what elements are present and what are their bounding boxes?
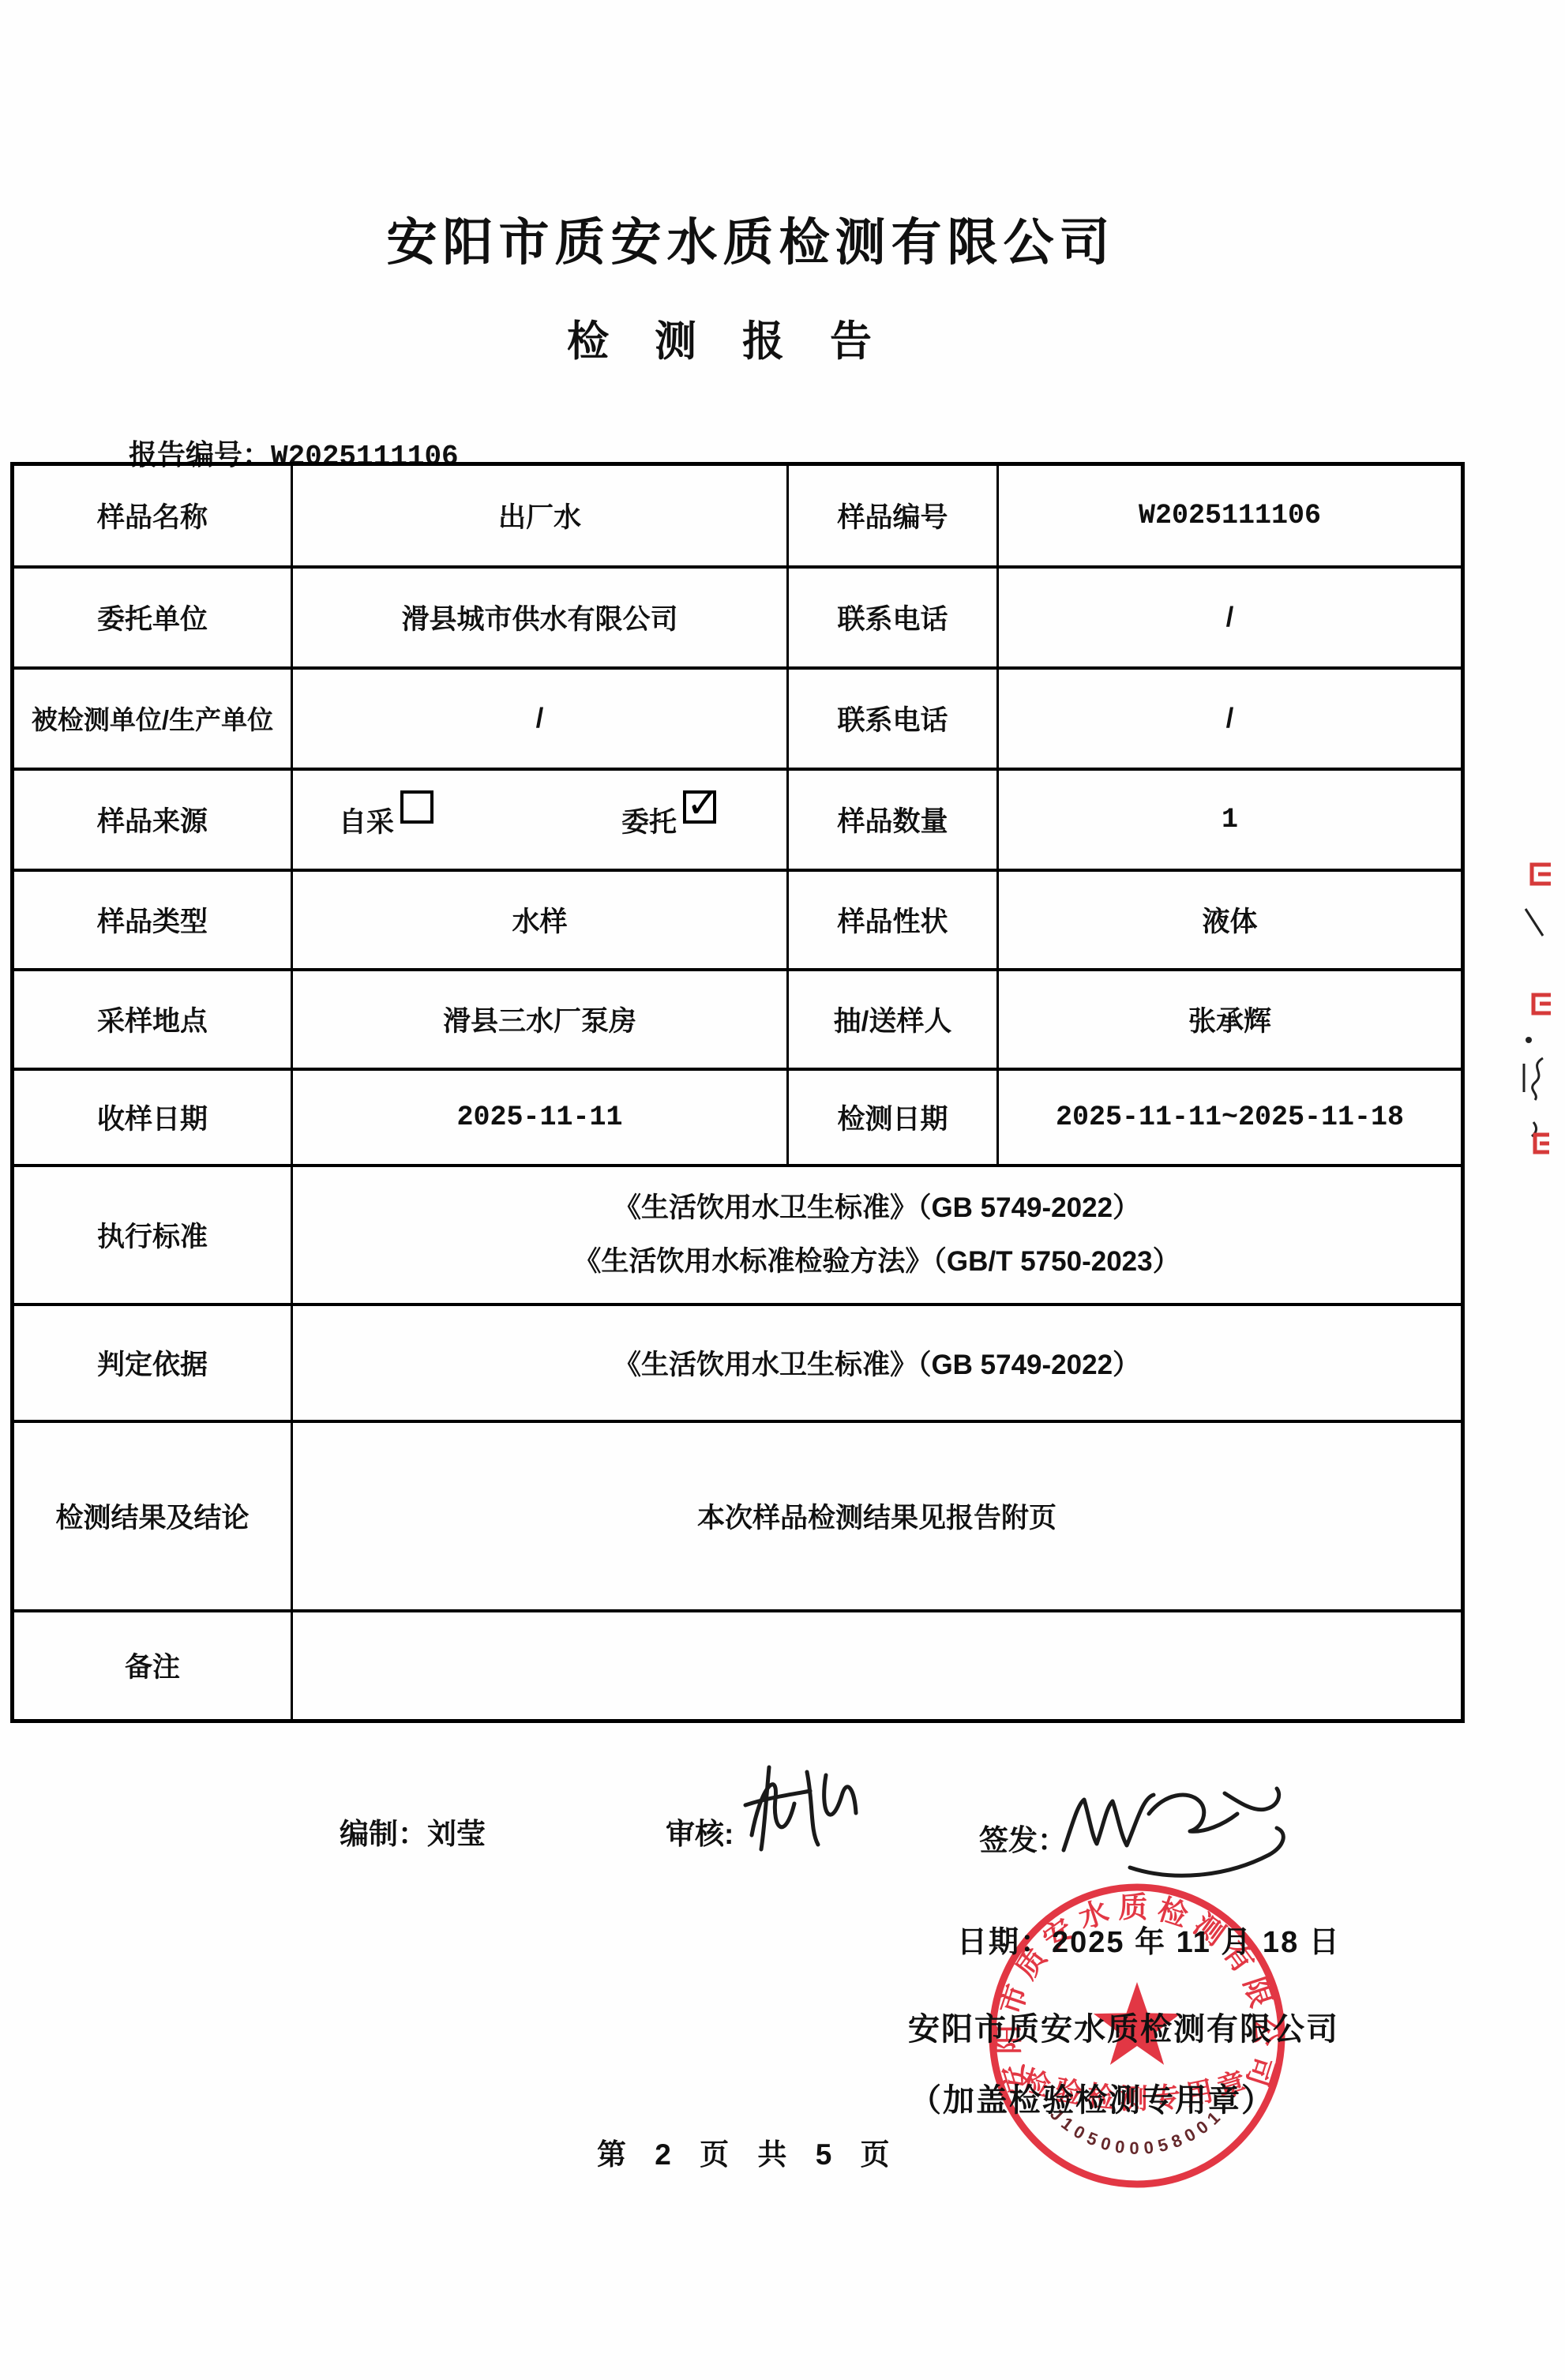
sample-source-value-cell: 自采 委托 <box>292 769 788 870</box>
table-row: 检测结果及结论 本次样品检测结果见报告附页 <box>13 1421 1463 1611</box>
sampler-label-cell: 抽/送样人 <box>788 970 998 1069</box>
tested-phone-value-cell: / <box>998 668 1463 769</box>
sample-no-value-cell: W2025111106 <box>998 464 1463 567</box>
red-fragment-icon <box>1535 1135 1549 1152</box>
sample-name-value-cell: 出厂水 <box>292 464 788 567</box>
issue-date-line: 日期：2025 年 11 月 18 日 <box>957 1917 1341 1961</box>
table-row: 样品来源 自采 委托 样品数量 1 <box>13 769 1463 870</box>
sample-character-label-cell: 样品性状 <box>788 870 998 970</box>
prepared-by-line: 编制：刘莹 <box>340 1810 486 1853</box>
client-label-cell: 委托单位 <box>13 567 292 668</box>
prepared-by-name: 刘莹 <box>427 1818 486 1850</box>
sample-source-entrust-option: 委托 <box>621 803 716 836</box>
company-title: 安阳市质安水质检测有限公司 <box>0 202 1502 275</box>
report-page: 安阳市质安水质检测有限公司 检测报告 报告编号：W2025111106 样品名称… <box>0 0 1565 2380</box>
exec-standard-line1: 《生活饮用水卫生标准》（GB 5749-2022） <box>293 1181 1461 1235</box>
receive-date-label-cell: 收样日期 <box>13 1069 292 1166</box>
receive-date-value-cell: 2025-11-11 <box>292 1069 788 1166</box>
report-title: 检测报告 <box>0 308 1439 368</box>
page-number: 第 2 页 共 5 页 <box>597 2130 893 2173</box>
judge-basis-label-cell: 判定依据 <box>13 1304 292 1421</box>
sample-source-self-option: 自采 <box>339 803 433 836</box>
exec-standard-line2: 《生活饮用水标准检验方法》（GB/T 5750-2023） <box>293 1235 1461 1289</box>
tested-phone-label-cell: 联系电话 <box>788 668 998 769</box>
table-row: 样品名称 出厂水 样品编号 W2025111106 <box>13 464 1463 567</box>
sample-character-value-cell: 液体 <box>998 870 1463 970</box>
exec-standard-value-cell: 《生活饮用水卫生标准》（GB 5749-2022） 《生活饮用水标准检验方法》（… <box>292 1166 1463 1304</box>
reviewer-signature <box>734 1755 876 1861</box>
client-phone-value-cell: / <box>998 567 1463 668</box>
test-date-value-cell: 2025-11-11~2025-11-18 <box>998 1069 1463 1166</box>
tested-unit-value-cell: / <box>292 668 788 769</box>
sample-info-table: 样品名称 出厂水 样品编号 W2025111106 委托单位 滑县城市供水有限公… <box>10 462 1465 1723</box>
sampling-site-value-cell: 滑县三水厂泵房 <box>292 970 788 1069</box>
table-row: 判定依据 《生活饮用水卫生标准》（GB 5749-2022） <box>13 1304 1463 1421</box>
slash-fragment-icon <box>1526 909 1543 936</box>
result-conclusion-value-cell: 本次样品检测结果见报告附页 <box>292 1421 1463 1611</box>
reviewer-label: 审核: <box>666 1810 734 1853</box>
test-date-label-cell: 检测日期 <box>788 1069 998 1166</box>
remark-label-cell: 备注 <box>13 1611 292 1721</box>
sample-type-value-cell: 水样 <box>292 870 788 970</box>
sample-qty-label-cell: 样品数量 <box>788 769 998 870</box>
prepared-by-label: 编制： <box>340 1818 427 1850</box>
sample-qty-value-cell: 1 <box>998 769 1463 870</box>
sample-no-label-cell: 样品编号 <box>788 464 998 567</box>
exec-standard-label-cell: 执行标准 <box>13 1166 292 1304</box>
squiggle-fragment-icon <box>1524 1058 1543 1100</box>
sample-type-label-cell: 样品类型 <box>13 870 292 970</box>
remark-value-cell <box>292 1611 1463 1721</box>
sampling-site-label-cell: 采样地点 <box>13 970 292 1069</box>
table-row: 样品类型 水样 样品性状 液体 <box>13 870 1463 970</box>
dot-fragment-icon <box>1526 1037 1532 1043</box>
scan-edge-artifacts <box>1514 857 1563 1196</box>
table-row: 执行标准 《生活饮用水卫生标准》（GB 5749-2022） 《生活饮用水标准检… <box>13 1166 1463 1304</box>
issuer-signature <box>1054 1765 1307 1891</box>
checkbox-unchecked-icon <box>400 790 433 824</box>
red-fragment-icon <box>1532 865 1551 884</box>
red-fragment-icon <box>1533 995 1551 1013</box>
self-sample-label: 自采 <box>339 809 394 836</box>
table-row: 委托单位 滑县城市供水有限公司 联系电话 / <box>13 567 1463 668</box>
seal-company-line: 安阳市质安水质检测有限公司 <box>908 2004 1339 2049</box>
checkbox-checked-icon <box>683 790 716 824</box>
table-row: 采样地点 滑县三水厂泵房 抽/送样人 张承辉 <box>13 970 1463 1069</box>
tested-unit-label-cell: 被检测单位/生产单位 <box>13 668 292 769</box>
sample-source-label-cell: 样品来源 <box>13 769 292 870</box>
client-value-cell: 滑县城市供水有限公司 <box>292 567 788 668</box>
table-row: 备注 <box>13 1611 1463 1721</box>
sample-source-options: 自采 委托 <box>293 803 786 836</box>
table-row: 收样日期 2025-11-11 检测日期 2025-11-11~2025-11-… <box>13 1069 1463 1166</box>
table-row: 被检测单位/生产单位 / 联系电话 / <box>13 668 1463 769</box>
entrust-sample-label: 委托 <box>621 809 677 836</box>
seal-note-line: （加盖检验检测专用章） <box>910 2075 1274 2120</box>
client-phone-label-cell: 联系电话 <box>788 567 998 668</box>
sampler-value-cell: 张承辉 <box>998 970 1463 1069</box>
judge-basis-value-cell: 《生活饮用水卫生标准》（GB 5749-2022） <box>292 1304 1463 1421</box>
result-conclusion-label-cell: 检测结果及结论 <box>13 1421 292 1611</box>
sample-name-label-cell: 样品名称 <box>13 464 292 567</box>
